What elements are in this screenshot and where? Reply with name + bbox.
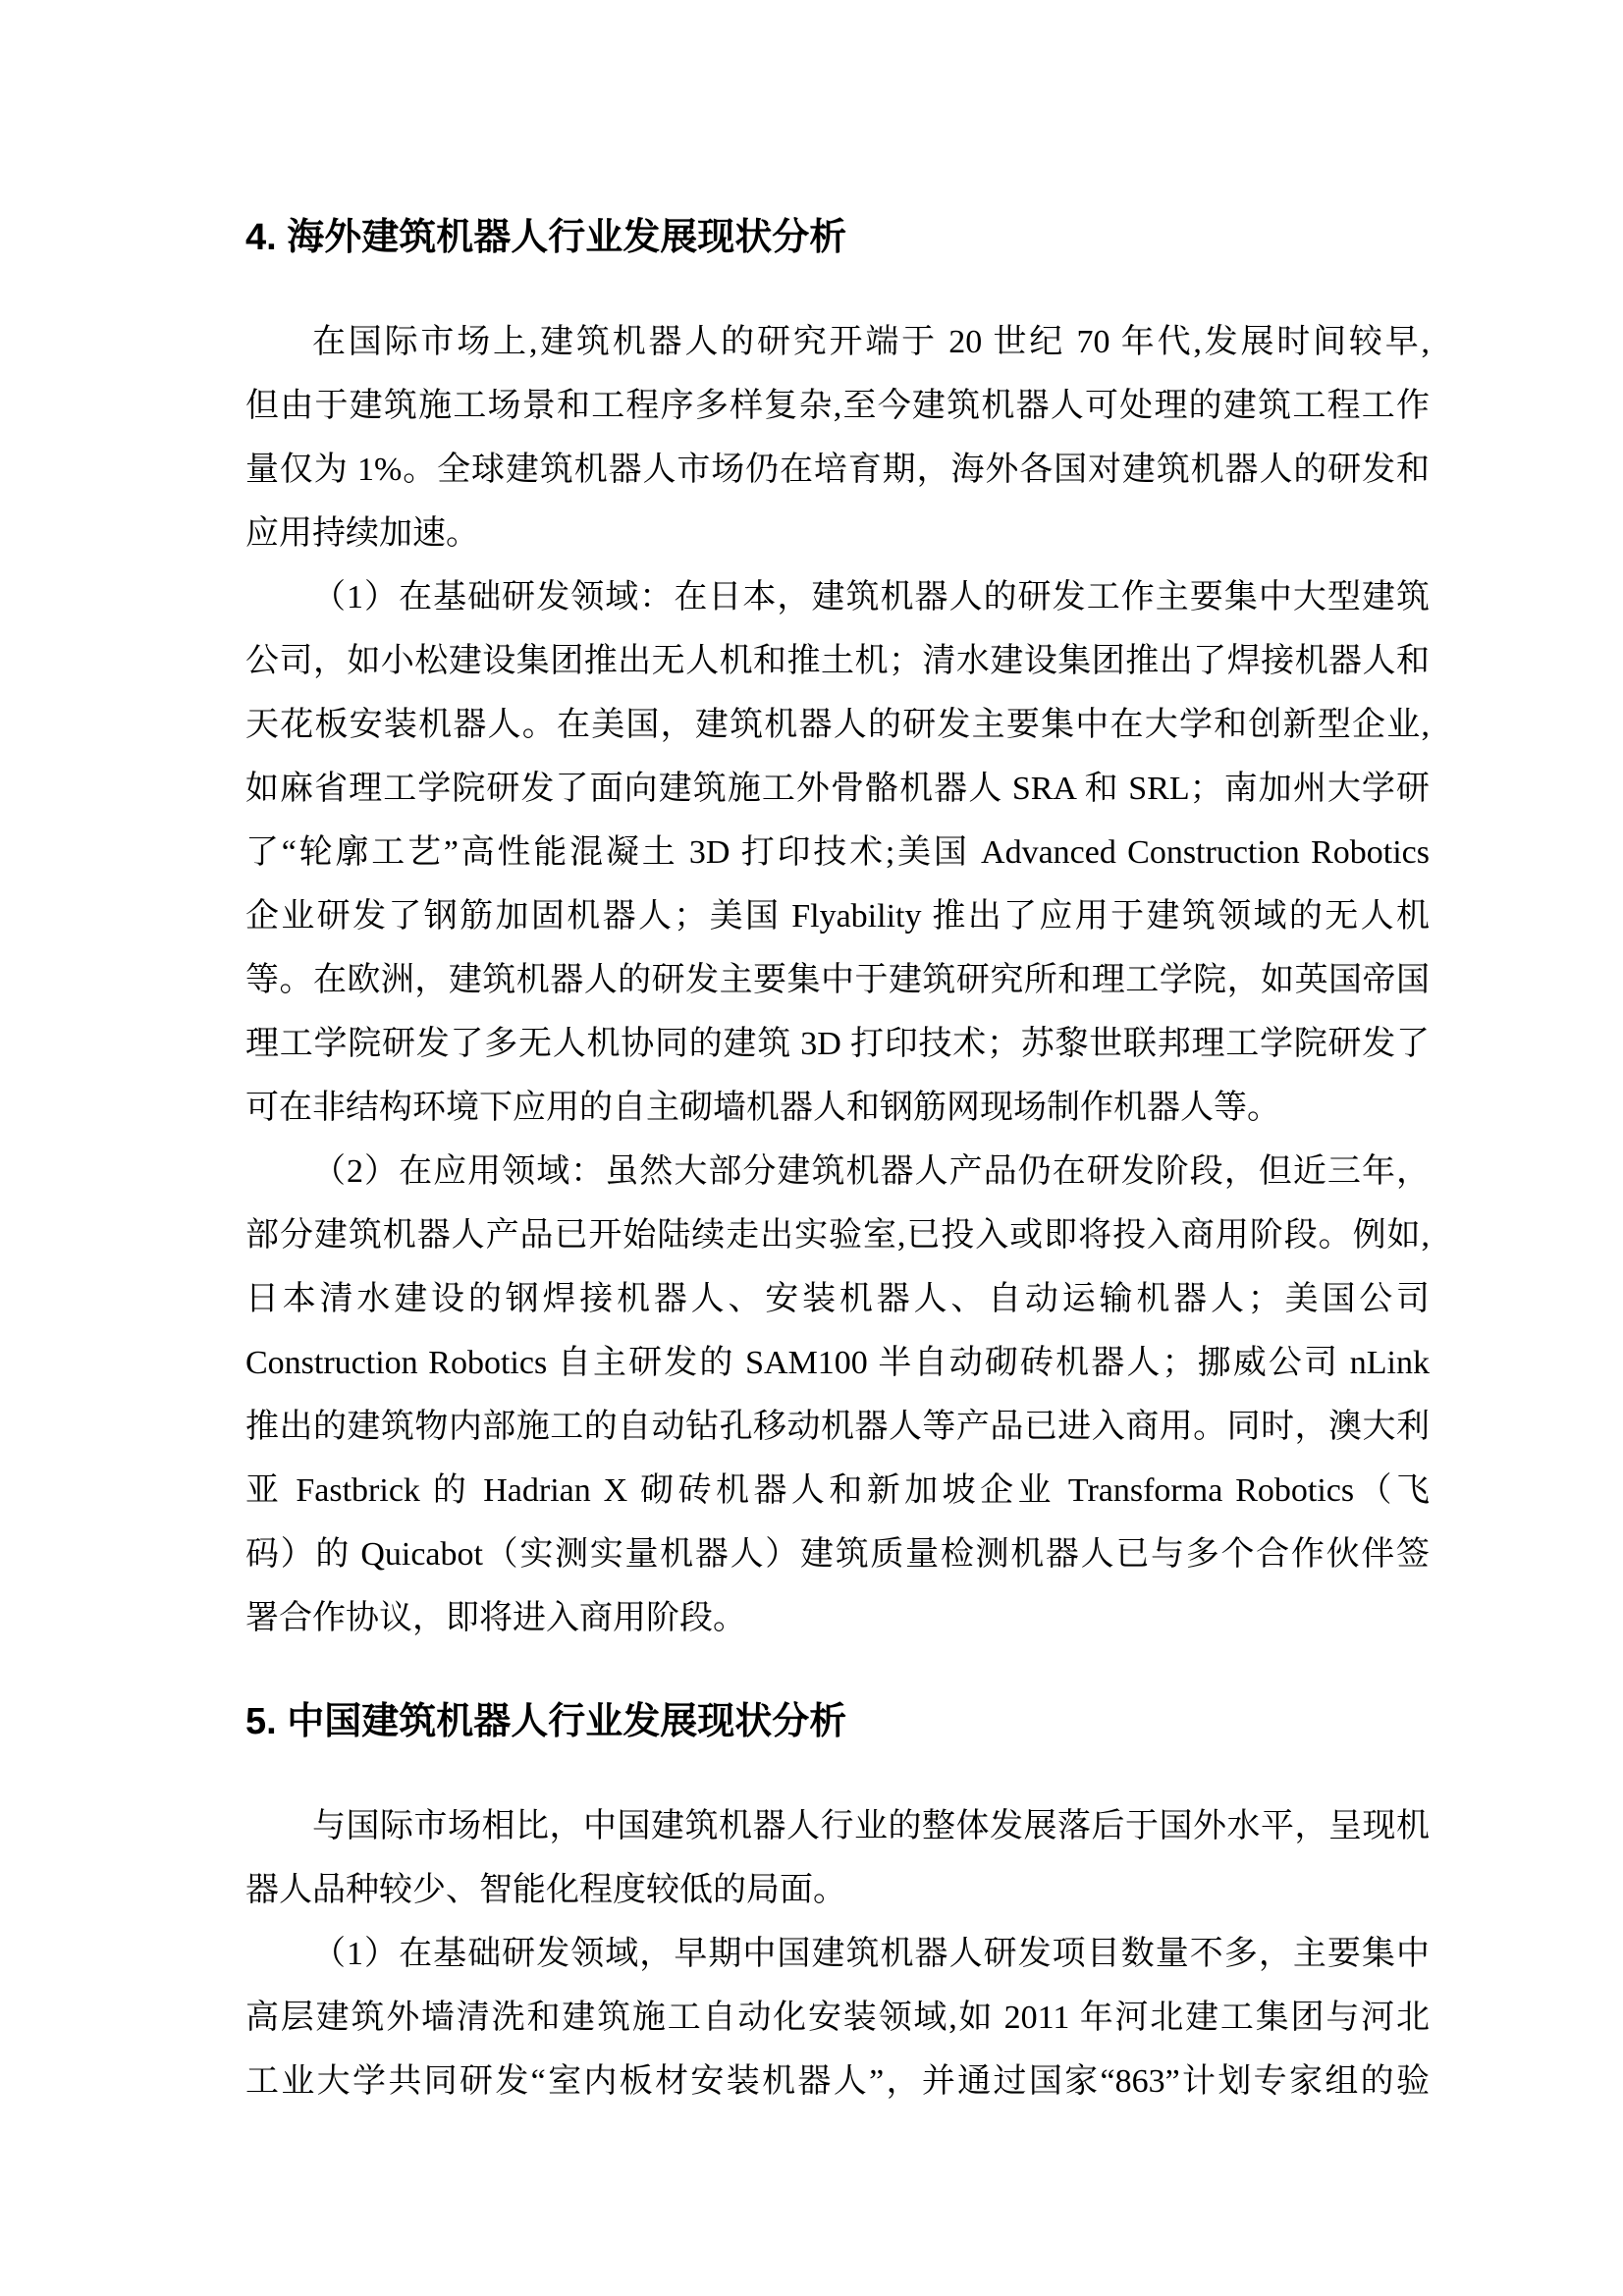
document-content: 4. 海外建筑机器人行业发展现状分析 在国际市场上,建筑机器人的研究开端于 20… <box>245 214 1430 2113</box>
body-line: （1）在基础研发领域，早期中国建筑机器人研发项目数量不多，主要集中在 <box>245 1922 1430 1986</box>
section-china-heading: 5. 中国建筑机器人行业发展现状分析 <box>245 1698 1430 1745</box>
section-overseas-body: 在国际市场上,建筑机器人的研究开端于 20 世纪 70 年代,发展时间较早,但由… <box>245 310 1430 1650</box>
body-line: 在国际市场上,建筑机器人的研究开端于 20 世纪 70 年代,发展时间较早, <box>245 310 1430 374</box>
body-line: 可在非结构环境下应用的自主砌墙机器人和钢筋网现场制作机器人等。 <box>245 1076 1430 1140</box>
body-line: 署合作协议，即将进入商用阶段。 <box>245 1586 1430 1650</box>
body-line: 部分建筑机器人产品已开始陆续走出实验室,已投入或即将投入商用阶段。例如, <box>245 1203 1430 1267</box>
body-line: 但由于建筑施工场景和工程序多样复杂,至今建筑机器人可处理的建筑工程工作 <box>245 374 1430 438</box>
section-china-body: 与国际市场相比，中国建筑机器人行业的整体发展落后于国外水平，呈现机器人品种较少、… <box>245 1794 1430 2113</box>
body-line: 应用持续加速。 <box>245 502 1430 565</box>
body-line: 码）的 Quicabot（实测实量机器人）建筑质量检测机器人已与多个合作伙伴签 <box>245 1522 1430 1586</box>
body-line: （1）在基础研发领域：在日本，建筑机器人的研发工作主要集中大型建筑 <box>245 565 1430 629</box>
section-overseas-heading: 4. 海外建筑机器人行业发展现状分析 <box>245 214 1430 261</box>
body-line: 日本清水建设的钢焊接机器人、安装机器人、自动运输机器人；美国公司 <box>245 1267 1430 1331</box>
body-line: 与国际市场相比，中国建筑机器人行业的整体发展落后于国外水平，呈现机 <box>245 1794 1430 1858</box>
body-line: 了“轮廓工艺”高性能混凝土 3D 打印技术;美国 Advanced Constr… <box>245 821 1430 884</box>
body-line: 推出的建筑物内部施工的自动钻孔移动机器人等产品已进入商用。同时，澳大利 <box>245 1395 1430 1459</box>
body-line: 企业研发了钢筋加固机器人；美国 Flyability 推出了应用于建筑领域的无人… <box>245 884 1430 948</box>
section-overseas: 4. 海外建筑机器人行业发展现状分析 在国际市场上,建筑机器人的研究开端于 20… <box>245 214 1430 1650</box>
section-china: 5. 中国建筑机器人行业发展现状分析 与国际市场相比，中国建筑机器人行业的整体发… <box>245 1698 1430 2113</box>
body-line: 如麻省理工学院研发了面向建筑施工外骨骼机器人 SRA 和 SRL；南加州大学研发 <box>245 757 1430 821</box>
body-line: 器人品种较少、智能化程度较低的局面。 <box>245 1858 1430 1922</box>
body-line: 天花板安装机器人。在美国，建筑机器人的研发主要集中在大学和创新型企业, <box>245 693 1430 757</box>
body-line: 公司，如小松建设集团推出无人机和推土机；清水建设集团推出了焊接机器人和 <box>245 629 1430 693</box>
body-line: 理工学院研发了多无人机协同的建筑 3D 打印技术；苏黎世联邦理工学院研发了 <box>245 1012 1430 1076</box>
body-line: Construction Robotics 自主研发的 SAM100 半自动砌砖… <box>245 1331 1430 1395</box>
body-line: 亚 Fastbrick 的 Hadrian X 砌砖机器人和新加坡企业 Tran… <box>245 1459 1430 1522</box>
body-line: （2）在应用领域：虽然大部分建筑机器人产品仍在研发阶段，但近三年， <box>245 1140 1430 1203</box>
body-line: 工业大学共同研发“室内板材安装机器人”，并通过国家“863”计划专家组的验 <box>245 2050 1430 2113</box>
body-line: 等。在欧洲，建筑机器人的研发主要集中于建筑研究所和理工学院，如英国帝国 <box>245 948 1430 1012</box>
document-page: 4. 海外建筑机器人行业发展现状分析 在国际市场上,建筑机器人的研究开端于 20… <box>0 0 1623 2296</box>
body-line: 高层建筑外墙清洗和建筑施工自动化安装领域,如 2011 年河北建工集团与河北 <box>245 1986 1430 2050</box>
body-line: 量仅为 1%。全球建筑机器人市场仍在培育期，海外各国对建筑机器人的研发和 <box>245 438 1430 502</box>
